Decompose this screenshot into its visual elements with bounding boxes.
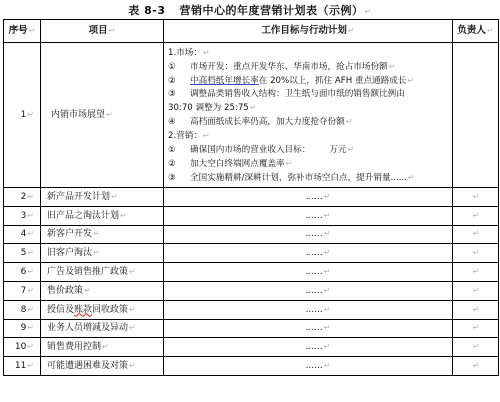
header-plan: 工作目标与行动计划↵ bbox=[164, 20, 453, 43]
table-row: 7↵ 售价政策↵ ......↵ ↵ bbox=[4, 281, 499, 300]
item-cell: 广告及销售推广政策↵ bbox=[41, 263, 164, 282]
table-row: 3↵ 旧产品之淘汰计划↵ ......↵ ↵ bbox=[4, 206, 499, 225]
owner-cell: ↵ bbox=[453, 319, 499, 338]
plan-item: ③全国实施精耕/深耕计划，弥补市场空白点，提升销量......↵ bbox=[168, 171, 448, 185]
seq-cell: 11↵ bbox=[4, 357, 41, 376]
header-seq: 序号↵ bbox=[4, 20, 41, 43]
paragraph-mark-icon: ↵ bbox=[365, 7, 372, 16]
paragraph-mark-icon: ↵ bbox=[487, 26, 494, 35]
plan-item: ②加大空白终端网点覆盖率↵ bbox=[168, 157, 448, 171]
table-caption: 表 8-3营销中心的年度营销计划表（示例）↵ bbox=[0, 2, 500, 18]
seq-cell: 6↵ bbox=[4, 263, 41, 282]
owner-cell: ↵ bbox=[453, 357, 499, 376]
plan-cell: ......↵ bbox=[164, 263, 453, 282]
plan-cell: ......↵ bbox=[164, 319, 453, 338]
item-cell: 新产品开发计划↵ bbox=[41, 188, 164, 207]
plan-section-heading: 2.营销：↵ bbox=[168, 129, 448, 143]
owner-cell bbox=[453, 43, 499, 188]
paragraph-mark-icon: ↵ bbox=[27, 110, 34, 119]
owner-cell: ↵ bbox=[453, 188, 499, 207]
plan-section-heading: 1.市场：↵ bbox=[168, 46, 448, 60]
item-cell: 可能遭遇困难及对策↵ bbox=[41, 357, 164, 376]
plan-cell: ......↵ bbox=[164, 225, 453, 244]
owner-cell: ↵ bbox=[453, 225, 499, 244]
item-cell: 旧客户淘汰↵ bbox=[41, 244, 164, 263]
seq-cell: 7↵ bbox=[4, 281, 41, 300]
seq-cell: 2↵ bbox=[4, 188, 41, 207]
table-row: 6↵ 广告及销售推广政策↵ ......↵ ↵ bbox=[4, 263, 499, 282]
seq-cell: 4↵ bbox=[4, 225, 41, 244]
plan-cell: ......↵ bbox=[164, 244, 453, 263]
owner-cell: ↵ bbox=[453, 300, 499, 319]
paragraph-mark-icon: ↵ bbox=[106, 110, 113, 119]
owner-cell: ↵ bbox=[453, 338, 499, 357]
table-row: 9↵ 业务人员增减及异动↵ ......↵ ↵ bbox=[4, 319, 499, 338]
item-cell: 内销市场展望↵ bbox=[41, 43, 164, 188]
table-number: 表 8-3 bbox=[128, 4, 165, 17]
item-cell: 旧产品之淘汰计划↵ bbox=[41, 206, 164, 225]
plan-cell: ......↵ bbox=[164, 206, 453, 225]
paragraph-mark-icon: ↵ bbox=[109, 26, 116, 35]
table-title: 营销中心的年度营销计划表（示例） bbox=[180, 4, 364, 17]
plan-item: ①市场开发：重点开发华东、华南市场，抢占市场份额↵ bbox=[168, 60, 448, 74]
table-row: 8↵ 授信及账款回收政策↵ ......↵ ↵ bbox=[4, 300, 499, 319]
owner-cell: ↵ bbox=[453, 244, 499, 263]
plan-item: ③调整品类销售收入结构：卫生纸与面巾纸的销售额比例由 bbox=[168, 88, 448, 101]
owner-cell: ↵ bbox=[453, 263, 499, 282]
paragraph-mark-icon: ↵ bbox=[29, 26, 36, 35]
owner-cell: ↵ bbox=[453, 281, 499, 300]
plan-item: ④高档面纸成长率仍高，加大力度抢夺份额↵ bbox=[168, 115, 448, 129]
plan-item: ①确保国内市场的营业收入目标： 万元↵ bbox=[168, 143, 448, 157]
plan-cell: ......↵ bbox=[164, 300, 453, 319]
seq-cell: 8↵ bbox=[4, 300, 41, 319]
header-owner: 负责人↵ bbox=[453, 20, 499, 43]
owner-cell: ↵ bbox=[453, 206, 499, 225]
header-item: 项目↵ bbox=[41, 20, 164, 43]
plan-cell: ......↵ bbox=[164, 357, 453, 376]
table-row: 10↵ 销售费用控制↵ ......↵ ↵ bbox=[4, 338, 499, 357]
item-cell: 授信及账款回收政策↵ bbox=[41, 300, 164, 319]
seq-cell: 10↵ bbox=[4, 338, 41, 357]
plan-cell: ......↵ bbox=[164, 281, 453, 300]
table-row: 2↵ 新产品开发计划↵ ......↵ ↵ bbox=[4, 188, 499, 207]
marketing-plan-table: 序号↵ 项目↵ 工作目标与行动计划↵ 负责人↵ 1↵ 内销市场展望↵ 1.市场：… bbox=[3, 19, 499, 376]
seq-cell: 5↵ bbox=[4, 244, 41, 263]
plan-item-continuation: 30:70 调整为 25:75↵ bbox=[168, 101, 448, 115]
plan-cell: 1.市场：↵ ①市场开发：重点开发华东、华南市场，抢占市场份额↵ ②中高档纸年增… bbox=[164, 43, 453, 188]
plan-cell: ......↵ bbox=[164, 338, 453, 357]
seq-cell: 3↵ bbox=[4, 206, 41, 225]
table-row: 1↵ 内销市场展望↵ 1.市场：↵ ①市场开发：重点开发华东、华南市场，抢占市场… bbox=[4, 43, 499, 188]
paragraph-mark-icon: ↵ bbox=[348, 26, 355, 35]
seq-cell: 1↵ bbox=[4, 43, 41, 188]
plan-item: ②中高档纸年增长率在 20%以上，抓住 AFH 重点通路成长↵ bbox=[168, 74, 448, 88]
item-cell: 新客户开发↵ bbox=[41, 225, 164, 244]
plan-cell: ......↵ bbox=[164, 188, 453, 207]
table-row: 11↵ 可能遭遇困难及对策↵ ......↵ ↵ bbox=[4, 357, 499, 376]
table-row: 5↵ 旧客户淘汰↵ ......↵ ↵ bbox=[4, 244, 499, 263]
table-row: 4↵ 新客户开发↵ ......↵ ↵ bbox=[4, 225, 499, 244]
header-row: 序号↵ 项目↵ 工作目标与行动计划↵ 负责人↵ bbox=[4, 20, 499, 43]
spellcheck-underline: 账款 bbox=[74, 305, 92, 315]
seq-cell: 9↵ bbox=[4, 319, 41, 338]
grammar-underline: 中高档纸年增长率 bbox=[190, 76, 259, 86]
item-cell: 售价政策↵ bbox=[41, 281, 164, 300]
item-cell: 业务人员增减及异动↵ bbox=[41, 319, 164, 338]
item-cell: 销售费用控制↵ bbox=[41, 338, 164, 357]
